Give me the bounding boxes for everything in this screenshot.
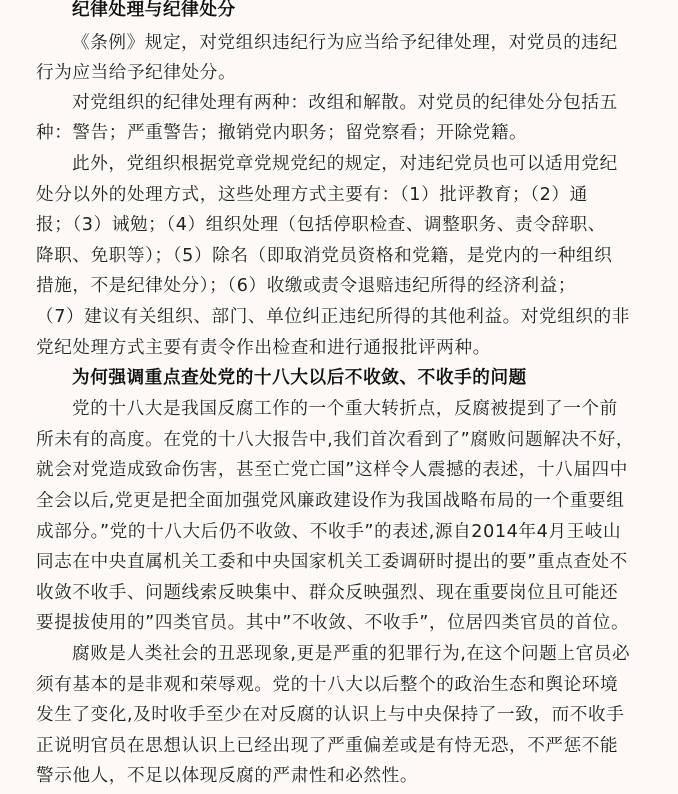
paragraph-line: 党纪处理方式主要有责令作出检查和进行通报批评两种。 [36, 333, 491, 363]
paragraph-line: 腐败是人类社会的丑恶现象,更是严重的犯罪行为,在这个问题上官员必 [72, 639, 630, 669]
paragraph-line: 此外，党组织根据党章党规党纪的规定，对违纪党员也可以适用党纪 [72, 149, 618, 179]
paragraph-line: 正说明官员在思想认识上已经出现了严重偏差或是有恃无恐，不严惩不能 [36, 731, 618, 761]
paragraph-line: （7）建议有关组织、部门、单位纠正违纪所得的其他利益。对党组织的非 [36, 302, 630, 332]
paragraph-line: 同志在中央直属机关工委和中央国家机关工委调研时提出的要”重点查处不 [36, 547, 628, 577]
paragraph-line: 《条例》规定，对党组织违纪行为应当给予纪律处理，对党员的违纪 [72, 28, 618, 58]
paragraph-line: 就会对党造成致命伤害，甚至亡党亡国”这样令人震撼的表述，十八届四中 [36, 455, 628, 485]
paragraph-line: 全会以后,党更是把全面加强党风廉政建设作为我国战略布局的一个重要组 [36, 486, 624, 516]
paragraph-line: 种：警告；严重警告；撤销党内职务；留党察看；开除党籍。 [36, 118, 527, 148]
paragraph-line: 处分以外的处理方式，这些处理方式主要有：（1）批评教育；（2）通 [36, 180, 588, 210]
paragraph-line: 发生了变化,及时收手至少在对反腐的认识上与中央保持了一致，而不收手 [36, 700, 624, 730]
paragraph-line: 对党组织的纪律处理有两种：改组和解散。对党员的纪律处分包括五 [72, 88, 618, 118]
paragraph-line: 成部分。”党的十八大后仍不收敛、不收手”的表述,源自2014年4月王岐山 [36, 517, 621, 547]
paragraph-line: 党的十八大是我国反腐工作的一个重大转折点，反腐被提到了一个前 [72, 394, 618, 424]
paragraph-line: 报；（3）诫勉；（4）组织处理（包括停职检查、调整职务、责令辞职、 [36, 210, 606, 240]
paragraph-line: 措施，不是纪律处分）；（6）收缴或责令退赔违纪所得的经济利益； [36, 271, 576, 301]
paragraph-line: 降职、免职等）；（5）除名（即取消党员资格和党籍，是党内的一种组织 [36, 241, 612, 271]
paragraph-line: 警示他人，不足以体现反腐的严肃性和必然性。 [36, 761, 418, 791]
paragraph-line: 所未有的高度。在党的十八大报告中,我们首次看到了”腐败问题解决不好， [36, 425, 634, 455]
paragraph-line: 要提拔使用的”四类官员。其中”不收敛、不收手”，位居四类官员的首位。 [36, 608, 629, 638]
section-heading: 纪律处理与纪律处分 [72, 0, 236, 25]
paragraph-line: 须有基本的是非观和荣辱观。党的十八大以后整个的政治生态和舆论环境 [36, 670, 618, 700]
paragraph-line: 行为应当给予纪律处分。 [36, 58, 236, 88]
paragraph-line: 收敛不收手、问题线索反映集中、群众反映强烈、现在重要岗位且可能还 [36, 578, 618, 608]
section-heading: 为何强调重点查处党的十八大以后不收敛、不收手的问题 [72, 363, 527, 393]
